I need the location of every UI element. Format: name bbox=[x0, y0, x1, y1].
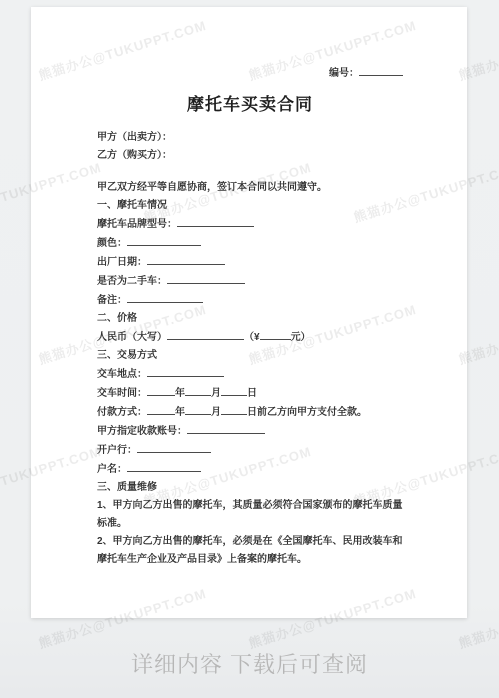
contract-line: 三、交易方式 bbox=[97, 347, 403, 365]
paragraph-spacer bbox=[97, 165, 403, 179]
contract-line: 颜色： bbox=[97, 234, 403, 253]
document-body: 甲方（出卖方）：乙方（购买方）：甲乙双方经平等自愿协商，签订本合同以共同遵守。一… bbox=[97, 129, 403, 569]
contract-line: 甲乙双方经平等自愿协商，签订本合同以共同遵守。 bbox=[97, 179, 403, 197]
line-text: 摩托车品牌型号： bbox=[97, 219, 177, 230]
blank-field bbox=[147, 365, 224, 377]
blank-field bbox=[147, 384, 175, 396]
line-text: 甲乙双方经平等自愿协商，签订本合同以共同遵守。 bbox=[97, 182, 327, 193]
line-text: 人民币（大写） bbox=[97, 332, 167, 343]
line-text: 月 bbox=[211, 388, 221, 399]
line-text: 一、摩托车情况 bbox=[97, 200, 167, 211]
contract-line: 三、质量维修 bbox=[97, 479, 403, 497]
footer-note: 详细内容 下载后可查阅 bbox=[0, 648, 499, 679]
contract-line: 摩托车品牌型号： bbox=[97, 215, 403, 234]
line-text: 月 bbox=[211, 407, 221, 418]
line-text: 日 bbox=[247, 388, 257, 399]
line-text: 年 bbox=[175, 407, 185, 418]
document-page: 编号： 摩托车买卖合同 甲方（出卖方）：乙方（购买方）：甲乙双方经平等自愿协商，… bbox=[31, 7, 467, 618]
contract-line: 是否为二手车： bbox=[97, 272, 403, 291]
document-content: 编号： 摩托车买卖合同 甲方（出卖方）：乙方（购买方）：甲乙双方经平等自愿协商，… bbox=[97, 7, 403, 569]
line-text: 付款方式： bbox=[97, 407, 147, 418]
contract-line: 备注： bbox=[97, 291, 403, 310]
line-text: 2、甲方向乙方出售的摩托车，必须是在《全国摩托车、民用改装车和摩托车生产企业及产… bbox=[97, 536, 403, 565]
blank-field bbox=[177, 215, 254, 227]
line-text: （¥ bbox=[244, 332, 260, 343]
document-title: 摩托车买卖合同 bbox=[97, 90, 403, 115]
blank-field bbox=[167, 272, 245, 284]
blank-field bbox=[147, 403, 175, 415]
blank-field bbox=[260, 328, 291, 340]
blank-field bbox=[167, 328, 244, 340]
blank-field bbox=[127, 291, 203, 303]
contract-line: 交车地点： bbox=[97, 365, 403, 384]
line-text: 开户行： bbox=[97, 445, 137, 456]
blank-field bbox=[147, 253, 225, 265]
contract-line: 出厂日期： bbox=[97, 253, 403, 272]
serial-label: 编号： bbox=[329, 68, 359, 79]
line-text: 1、甲方向乙方出售的摩托车，其质量必须符合国家颁布的摩托车质量标准。 bbox=[97, 500, 403, 529]
line-text: 三、质量维修 bbox=[97, 482, 157, 493]
line-text: 二、价格 bbox=[97, 313, 137, 324]
line-text: 元） bbox=[291, 332, 311, 343]
serial-row: 编号： bbox=[97, 7, 403, 80]
contract-line: 2、甲方向乙方出售的摩托车，必须是在《全国摩托车、民用改装车和摩托车生产企业及产… bbox=[97, 533, 403, 569]
line-text: 甲方指定收款账号： bbox=[97, 426, 187, 437]
contract-line: 二、价格 bbox=[97, 310, 403, 328]
contract-line: 1、甲方向乙方出售的摩托车，其质量必须符合国家颁布的摩托车质量标准。 bbox=[97, 497, 403, 533]
contract-line: 付款方式：年月日前乙方向甲方支付全款。 bbox=[97, 403, 403, 422]
serial-blank-field bbox=[359, 64, 403, 76]
contract-line: 一、摩托车情况 bbox=[97, 197, 403, 215]
blank-field bbox=[127, 460, 201, 472]
line-text: 交车时间： bbox=[97, 388, 147, 399]
line-text: 备注： bbox=[97, 295, 127, 306]
contract-line: 人民币（大写）（¥元） bbox=[97, 328, 403, 347]
contract-line: 交车时间：年月日 bbox=[97, 384, 403, 403]
line-text: 户名： bbox=[97, 464, 127, 475]
contract-line: 户名： bbox=[97, 460, 403, 479]
line-text: 三、交易方式 bbox=[97, 350, 157, 361]
line-text: 日前乙方向甲方支付全款。 bbox=[247, 407, 367, 418]
blank-field bbox=[187, 422, 265, 434]
blank-field bbox=[185, 403, 211, 415]
line-text: 是否为二手车： bbox=[97, 276, 167, 287]
contract-line: 甲方指定收款账号： bbox=[97, 422, 403, 441]
line-text: 乙方（购买方）： bbox=[97, 150, 172, 161]
blank-field bbox=[137, 441, 211, 453]
blank-field bbox=[127, 234, 201, 246]
line-text: 交车地点： bbox=[97, 369, 147, 380]
line-text: 年 bbox=[175, 388, 185, 399]
line-text: 甲方（出卖方）： bbox=[97, 132, 172, 143]
contract-line: 甲方（出卖方）： bbox=[97, 129, 403, 147]
line-text: 出厂日期： bbox=[97, 257, 147, 268]
contract-line: 乙方（购买方）： bbox=[97, 147, 403, 165]
blank-field bbox=[221, 403, 247, 415]
line-text: 颜色： bbox=[97, 238, 127, 249]
blank-field bbox=[221, 384, 247, 396]
contract-line: 开户行： bbox=[97, 441, 403, 460]
blank-field bbox=[185, 384, 211, 396]
